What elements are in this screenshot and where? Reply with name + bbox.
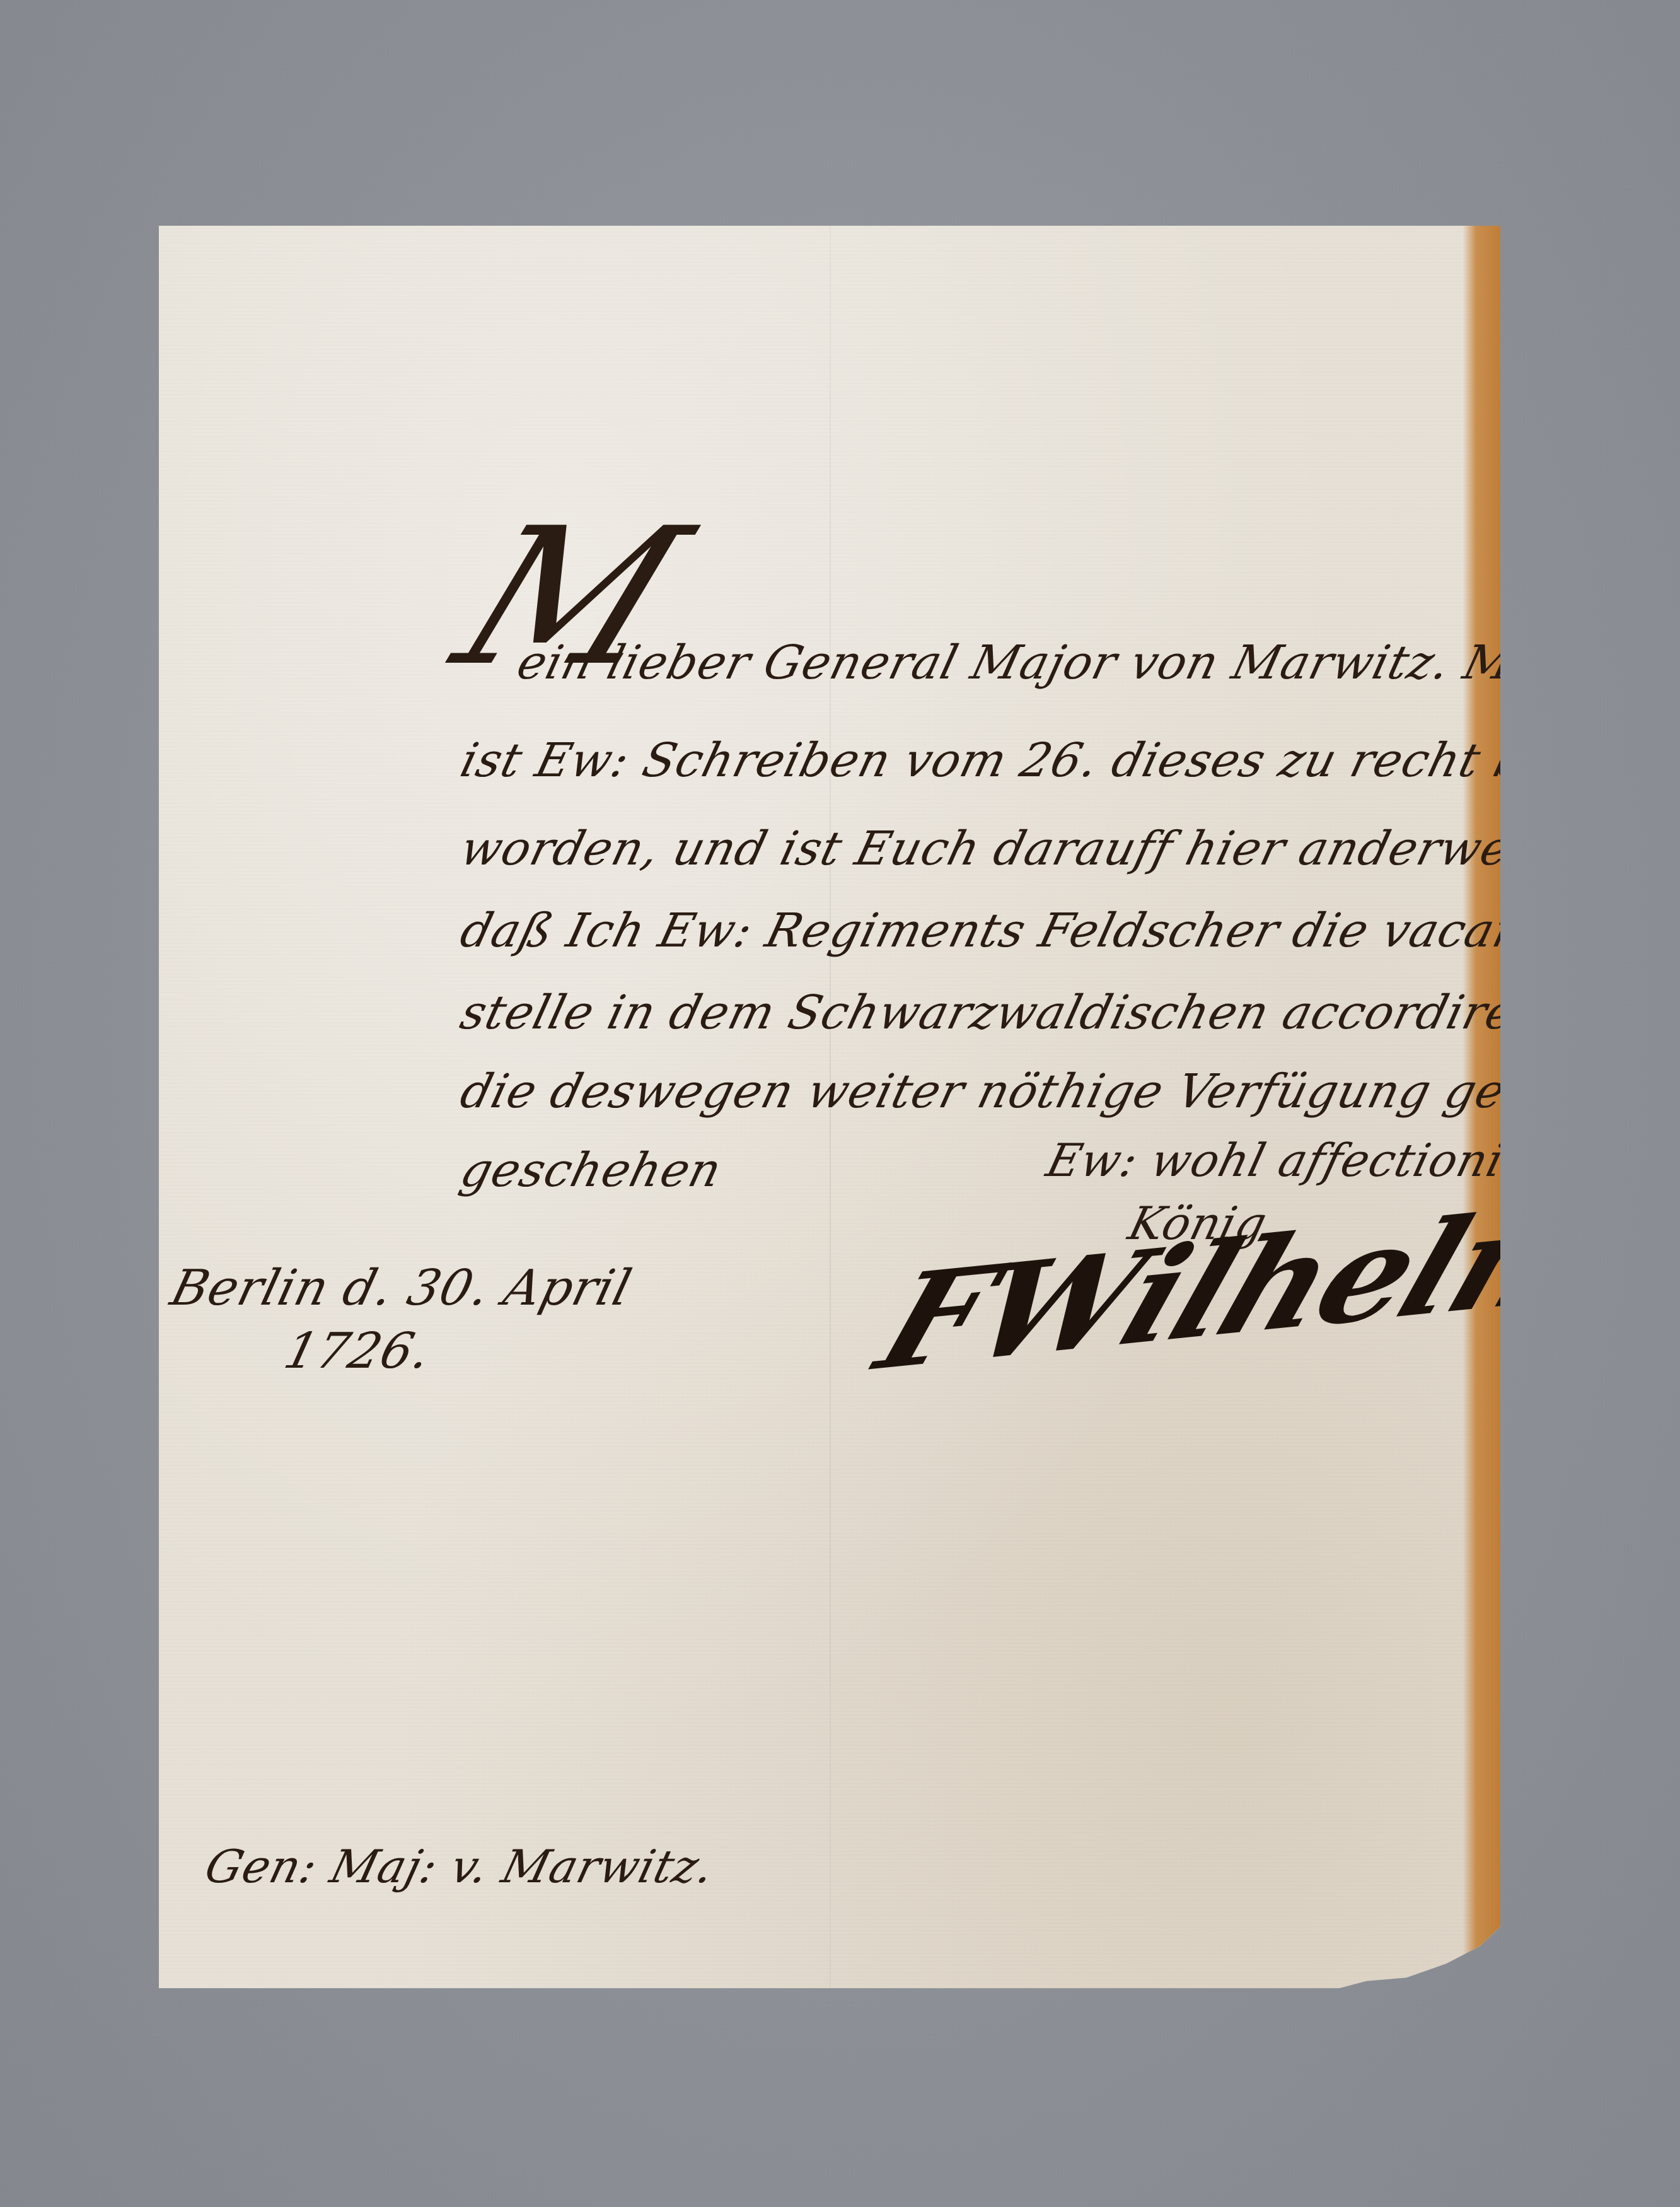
letter-line-1: ein lieber General Major von Marwitz. Mi… bbox=[512, 636, 1558, 690]
letter-line-2: ist Ew: Schreiben vom 26. dieses zu rech… bbox=[455, 733, 1680, 788]
letter-line-5: stelle in dem Schwarzwaldischen accordir… bbox=[455, 986, 1680, 1040]
letter-line-7: geschehen bbox=[455, 1143, 727, 1197]
letter-line-6: die deswegen weiter nöthige Verfügung ge… bbox=[455, 1064, 1680, 1119]
letter-line-3: worden, und ist Euch darauff hier anderw… bbox=[455, 822, 1551, 876]
address-line: Gen: Maj: v. Marwitz. bbox=[200, 1840, 720, 1893]
letter-line-4: daß Ich Ew: Regiments Feldscher die vaca… bbox=[455, 904, 1680, 958]
date-line-1: Berlin d. 30. April bbox=[165, 1260, 637, 1317]
letter-paper: M ein lieber General Major von Marwitz. … bbox=[159, 226, 1500, 1988]
date-line-2: 1726. bbox=[279, 1323, 437, 1380]
closing-line-1: Ew: wohl affectionirter bbox=[1041, 1134, 1601, 1187]
